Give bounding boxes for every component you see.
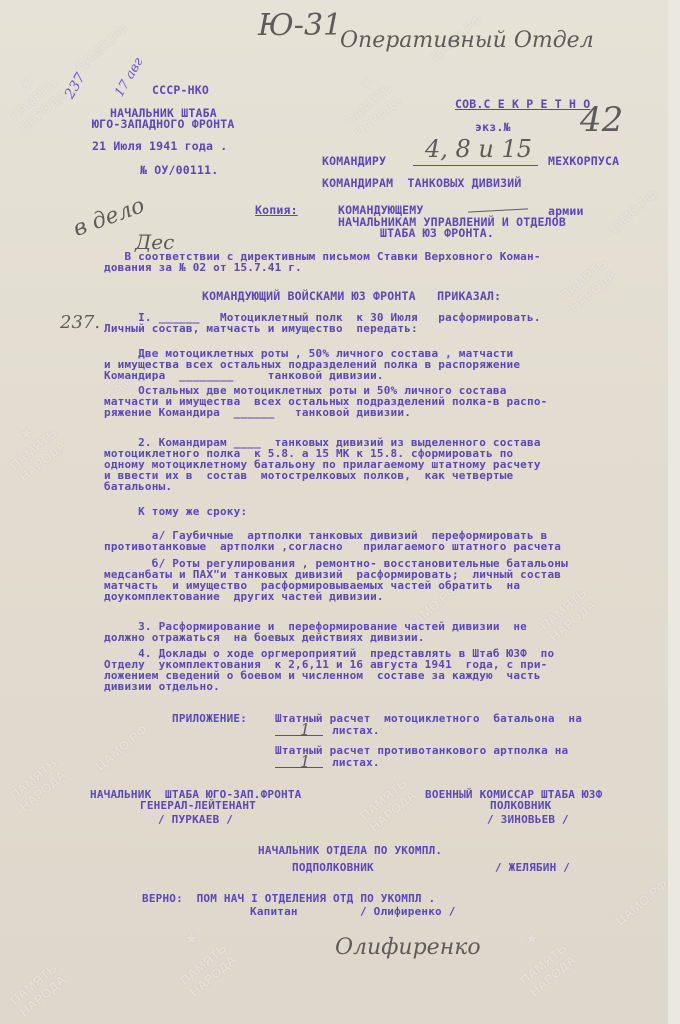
body-text: ряжение Командира ______ танковой дивизи… [104, 407, 411, 419]
handwritten-signature: Олифиренко [335, 935, 481, 960]
attachment-item: листах. [332, 725, 380, 737]
commissar-name: / ЗИНОВЬЕВ / [487, 814, 569, 826]
org-header: СССР-НКО [152, 84, 209, 96]
body-text: должно отражаться на боевых действиях ди… [104, 632, 425, 644]
chief-name: / ПУРКАЕВ / [158, 814, 233, 826]
star-icon: ★ [185, 925, 198, 950]
addressee-line2: КОМАНДИРАМ ТАНКОВЫХ ДИВИЗИЙ [322, 177, 521, 189]
star-icon: ★ [525, 925, 538, 950]
addressee-line5: ШТАБА ЮЗ ФРОНТА. [380, 227, 494, 239]
document-number: № ОУ/00111. [140, 164, 218, 176]
body-text: противотанковые артполки ,согласно прила… [104, 541, 561, 553]
certified-name: / Олифиренко / [360, 906, 456, 918]
body-text: дивизии отдельно. [104, 681, 220, 693]
attachments-label: ПРИЛОЖЕНИЕ: [172, 713, 247, 725]
document-date: 21 Июля 1941 года . [92, 140, 227, 152]
handwritten-margin-number: 237. [60, 312, 100, 333]
blank-line [275, 767, 323, 768]
blank-line [275, 735, 323, 736]
dept-rank: ПОДПОЛКОВНИК [292, 862, 374, 874]
body-text: доукомплектование других частей дивизии. [104, 591, 384, 603]
star-icon: ★ [20, 70, 33, 95]
dept-name: / ЖЕЛЯБИН / [495, 862, 570, 874]
order-heading: КОМАНДУЮЩИЙ ВОЙСКАМИ ЮЗ ФРОНТА ПРИКАЗАЛ: [202, 290, 501, 302]
attachment-count: 1 [300, 720, 310, 739]
copy-label: Копия: [255, 204, 298, 216]
attachment-count: 1 [300, 752, 310, 771]
body-text: батальоны. [104, 481, 172, 493]
certified-rank: Капитан [250, 906, 298, 918]
handwritten-department: Оперативный Отдел [340, 28, 594, 53]
copy-number: экз.№ [475, 121, 511, 133]
dept-title: НАЧАЛЬНИК ОТДЕЛА ПО УКОМПЛ. [258, 845, 442, 857]
star-icon: ★ [20, 420, 33, 445]
body-text: Личный состав, матчасть и имущество пере… [104, 323, 418, 335]
handwritten-corps-numbers: 4, 8 и 15 [425, 135, 532, 163]
author-line2: ЮГО-ЗАПАДНОГО ФРОНТА [92, 118, 234, 130]
body-text: К тому же сроку: [104, 506, 247, 518]
attachment-item: Штатный расчет мотоциклетного батальона … [275, 713, 582, 725]
attachment-item: Штатный расчет противотанкового артполка… [275, 745, 568, 757]
body-text: дования за № 02 от 15.7.41 г. [104, 262, 302, 274]
attachment-item: листах. [332, 757, 380, 769]
addressee-line1: КОМАНДИРУ [322, 155, 386, 167]
page-edge [668, 0, 680, 1024]
handwritten-code: Ю-31 [258, 8, 342, 43]
commissar-rank: ПОЛКОВНИК [490, 800, 551, 812]
chief-rank: ГЕНЕРАЛ-ЛЕЙТЕНАНТ [140, 800, 256, 812]
addressee-line1-post: МЕХКОРПУСА [548, 155, 619, 167]
star-icon: ★ [360, 70, 373, 95]
blank-line [413, 165, 538, 166]
body-text: Командира ________ танковой дивизии. [104, 370, 384, 382]
classification: СОВ.С Е К Р Е Т Н О [455, 98, 590, 110]
certified-label: ВЕРНО: ПОМ НАЧ I ОТДЕЛЕНИЯ ОТД ПО УКОМПЛ… [142, 893, 435, 905]
